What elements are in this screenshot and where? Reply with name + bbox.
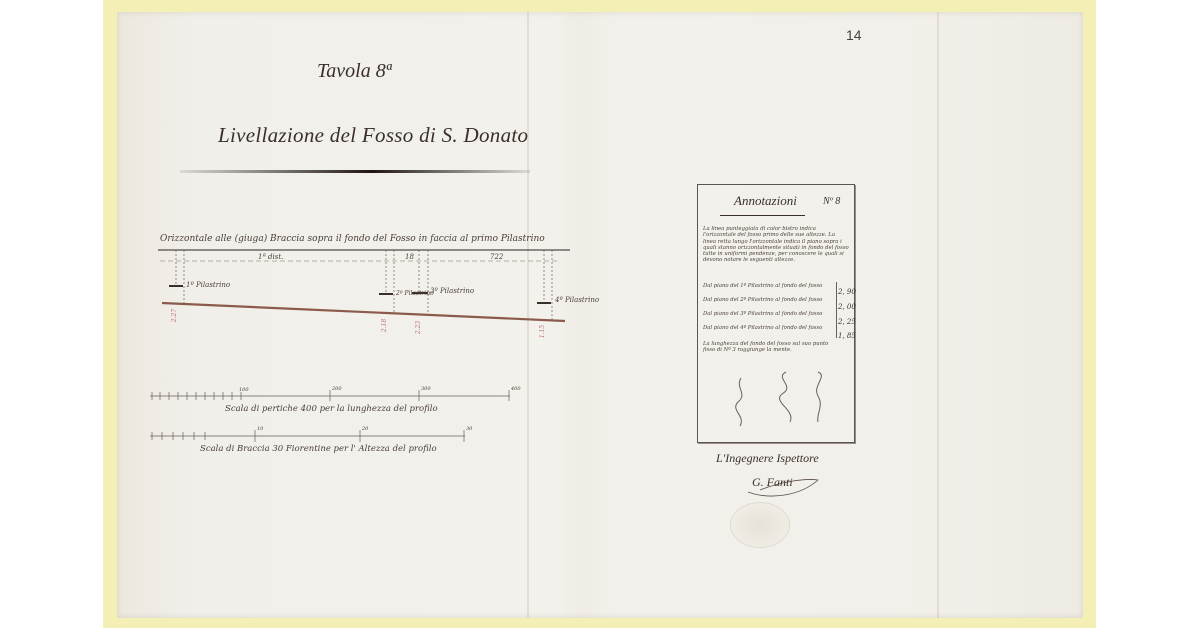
pillar-label-3: 3º Pilastrino <box>430 287 474 295</box>
red-depth-1: 2.27 <box>171 309 178 322</box>
pillar-label-2: 2º Pilastrino <box>396 290 434 297</box>
annotations-footer: La lunghezza del fondo del fosso sul suo… <box>703 341 838 354</box>
distance-label-2: 18 <box>405 253 414 261</box>
annotation-row-1: Dal piano del 1º Pilastrino al fondo del… <box>703 283 833 289</box>
signature-title: L'Ingegnere Ispettore <box>716 451 819 466</box>
annotation-value-4: 1, 85 <box>838 332 856 340</box>
distance-label-1: 1ª dist. <box>258 253 283 261</box>
scale1-tick-400: 400 <box>511 386 521 392</box>
red-depth-3: 2.23 <box>415 321 422 334</box>
red-depth-4: 1.15 <box>539 325 546 338</box>
annotations-number: Nº 8 <box>823 196 840 207</box>
annotations-intro: La linea punteggiata di color bistro ind… <box>703 226 849 264</box>
signature-name: G. Fanti <box>752 475 793 490</box>
annotations-title: Annotazioni <box>734 193 797 209</box>
annotations-rule <box>720 215 805 216</box>
annotation-row-3: Dal piano del 3º Pilastrino al fondo del… <box>703 311 833 317</box>
red-depth-2: 2.18 <box>381 319 388 332</box>
pillar-label-4: 4º Pilastrino <box>555 296 599 304</box>
distance-label-3: 722 <box>490 253 503 261</box>
scale1-tick-100: 100 <box>239 387 249 393</box>
scale1-tick-200: 200 <box>332 386 342 392</box>
scale2-tick-10: 10 <box>257 426 263 432</box>
profile-diagram <box>0 0 1200 628</box>
annotations-column-rule <box>836 282 837 338</box>
annotation-value-3: 2, 25 <box>838 318 856 326</box>
scale2-tick-20: 20 <box>362 426 368 432</box>
annotation-row-2: Dal piano del 2º Pilastrino al fondo del… <box>703 297 833 303</box>
pillar-label-1: 1º Pilastrino <box>186 281 230 289</box>
scale1-caption: Scala di pertiche 400 per la lunghezza d… <box>225 404 438 414</box>
scale2-caption: Scala di Braccia 30 Fiorentine per l' Al… <box>200 444 437 454</box>
scale1-tick-300: 300 <box>421 386 431 392</box>
scale2-tick-30: 30 <box>466 426 472 432</box>
embossed-seal <box>730 502 790 548</box>
annotation-row-4: Dal piano del 4º Pilastrino al fondo del… <box>703 325 833 331</box>
annotation-value-1: 2, 90 <box>838 288 856 296</box>
annotation-value-2: 2, 00 <box>838 303 856 311</box>
